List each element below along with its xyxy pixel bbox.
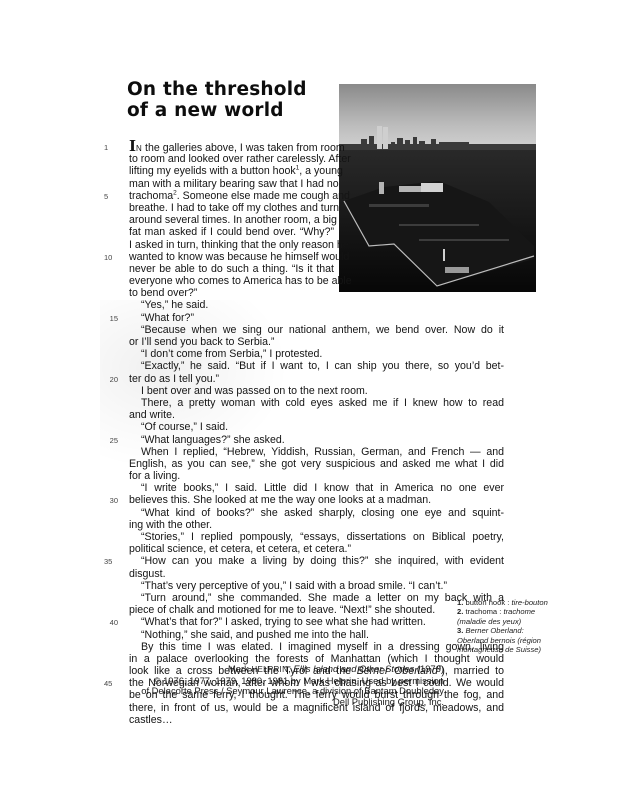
title-line-2: of a new world (127, 100, 337, 121)
line-text: “That’s very perceptive of you,” I said … (141, 580, 447, 592)
text-line: ing with the other. (129, 519, 504, 531)
line-text: to bend over?” (129, 287, 197, 299)
text-line: piece of chalk and motioned for me to le… (129, 604, 504, 616)
line-text: “Turn around,” she commanded. She made a… (141, 592, 504, 604)
line-text: castles… (129, 714, 173, 726)
text-line: political science, et cetera, et cetera,… (129, 543, 504, 555)
line-text: lifting my eyelids with a button hook (129, 165, 296, 177)
text-line: When I replied, “Hebrew, Yiddish, Russia… (129, 446, 504, 458)
text-line: English, as you can see,” she got very s… (129, 458, 504, 470)
line-text: “I don’t come from Serbia,” I protested. (141, 348, 322, 360)
line-text: piece of chalk and motioned for me to le… (129, 604, 435, 616)
line-number: 20 (104, 374, 118, 386)
line-text: fat man asked if I could bend over. “Why… (129, 226, 334, 238)
line-number: 30 (104, 495, 118, 507)
text-line: disgust. (129, 568, 504, 580)
text-line: I asked in turn, thinking that the only … (129, 239, 334, 251)
footnote-number: 3. (457, 626, 463, 635)
text-line: 30believes this. She looked at me the wa… (129, 494, 504, 506)
text-line: 25“What languages?” she asked. (129, 434, 504, 446)
line-text: “Stories,” I replied pompously, “essays,… (141, 531, 504, 543)
line-number: 15 (104, 313, 118, 325)
line-text: “Yes,” he said. (141, 299, 208, 311)
footnote-gloss: tire-bouton (512, 598, 548, 607)
line-text: man with a military bearing saw that I h… (129, 178, 339, 190)
credit-line-4: Dell Publishing Group, Inc. (140, 697, 444, 708)
text-line: to bend over?” (129, 287, 334, 299)
line-text: “What languages?” she asked. (141, 434, 285, 446)
line-number: 1 (104, 142, 118, 154)
line-text: By this time I was elated. I imagined my… (141, 641, 504, 653)
text-line-rest: the galleries above, I was taken from ro… (142, 142, 345, 154)
text-line: or I’ll send you back to Serbia.” (129, 336, 504, 348)
text-line: fat man asked if I could bend over. “Why… (129, 226, 334, 238)
line-text: never be able to do such a thing. “Is it… (129, 263, 334, 275)
footnote-1: 1. button hook : tire-bouton (457, 598, 557, 607)
line-text: There, a pretty woman with cold eyes ask… (141, 397, 504, 409)
text-line: 5trachoma2. Someone else made me cough a… (129, 190, 334, 202)
footnote-number: 2. (457, 607, 463, 616)
text-line: to room and looked over rather carelessl… (129, 153, 334, 165)
line-text: political science, et cetera, et cetera,… (129, 543, 351, 555)
text-line: never be able to do such a thing. “Is it… (129, 263, 334, 275)
line-text: believes this. She looked at me the way … (129, 494, 431, 506)
footnote-term: trachoma : (465, 607, 501, 616)
line-text: disgust. (129, 568, 166, 580)
line-text: ter do as I tell you.” (129, 373, 219, 385)
author-last-name: Helprin (251, 665, 288, 674)
text-line: breathe. I had to take off my clothes an… (129, 202, 334, 214)
text-line: lifting my eyelids with a button hook1, … (129, 165, 334, 177)
footnote-term: button hook : (465, 598, 509, 607)
text-line: I bent over and was passed on to the nex… (129, 385, 504, 397)
text-line: castles… (129, 714, 504, 726)
line-number: 25 (104, 435, 118, 447)
footnote-term: Berner Oberland: (465, 626, 523, 635)
text-line: “That’s very perceptive of you,” I said … (129, 580, 504, 592)
text-line: “Stories,” I replied pompously, “essays,… (129, 531, 504, 543)
title-line-1: On the threshold (127, 79, 337, 100)
line-text: “Nothing,” she said, and pushed me into … (141, 629, 369, 641)
footnotes: 1. button hook : tire-bouton 2. trachoma… (457, 598, 557, 654)
text-line: around several times. In another room, a… (129, 214, 334, 226)
text-line: “Turn around,” she commanded. She made a… (129, 592, 504, 604)
footnote-3: 3. Berner Oberland: Oberland bernois (ré… (457, 626, 557, 654)
line-text: “Because when we sing our national anthe… (141, 324, 504, 336)
line-text: . Someone else made me cough and (177, 190, 350, 202)
text-line: “What kind of books?” she asked sharply,… (129, 507, 504, 519)
text-line: “Nothing,” she said, and pushed me into … (129, 629, 504, 641)
line-number: 10 (104, 252, 118, 264)
text-line: 35“How can you make a living by doing th… (129, 555, 504, 567)
line-text: English, as you can see,” she got very s… (129, 458, 504, 470)
source-credit: Mark Helprin, Ellis Island and Other Sto… (140, 664, 444, 707)
line-text: around several times. In another room, a… (129, 214, 337, 226)
line-text: I bent over and was passed on to the nex… (141, 385, 368, 397)
line-text: trachoma (129, 190, 173, 202)
text-line: By this time I was elated. I imagined my… (129, 641, 504, 653)
text-line: “Yes,” he said. (129, 299, 334, 311)
line-text: or I’ll send you back to Serbia.” (129, 336, 274, 348)
text-line: “Of course,” I said. (129, 421, 504, 433)
text-line: man with a military bearing saw that I h… (129, 178, 334, 190)
work-title: Ellis Island and Other Stories (293, 663, 414, 674)
text-line: and write. (129, 409, 504, 421)
line-text: “What’s that for?” I asked, trying to se… (141, 616, 426, 628)
line-text: “What kind of books?” she asked sharply,… (141, 507, 504, 519)
text-line: 20ter do as I tell you.” (129, 373, 504, 385)
line-text: everyone who comes to America has to be … (129, 275, 352, 287)
line-text: breathe. I had to take off my clothes an… (129, 202, 339, 214)
line-text: for a living. (129, 470, 180, 482)
footnote-gloss: Oberland bernois (région montagneuse de … (457, 636, 541, 654)
line-number: 45 (104, 678, 118, 690)
text-line: everyone who comes to America has to be … (129, 275, 334, 287)
author-first-name: Mark (228, 663, 251, 674)
line-text: and write. (129, 409, 175, 421)
line-number: 35 (104, 556, 118, 568)
line-text: “Exactly,” he said. “But if I want to, I… (141, 360, 504, 372)
footnote-2: 2. trachoma : trachome (maladie des yeux… (457, 607, 557, 626)
line-text: “Of course,” I said. (141, 421, 228, 433)
text-line: “Because when we sing our national anthe… (129, 324, 504, 336)
line-text: to room and looked over rather carelessl… (129, 153, 351, 165)
article-body: 1 In the galleries above, I was taken fr… (129, 141, 504, 726)
text-line: There, a pretty woman with cold eyes ask… (129, 397, 504, 409)
line-text: ing with the other. (129, 519, 212, 531)
line-number: 40 (104, 617, 118, 629)
line-text: wanted to know was because he himself wo… (129, 251, 349, 263)
line-number: 5 (104, 191, 118, 203)
line-text: , a young (299, 165, 343, 177)
credit-line-1: Mark Helprin, Ellis Island and Other Sto… (140, 664, 444, 676)
text-line: 40“What’s that for?” I asked, trying to … (129, 616, 504, 628)
text-line: for a living. (129, 470, 504, 482)
text-line: “I don’t come from Serbia,” I protested. (129, 348, 504, 360)
page-title: On the threshold of a new world (127, 79, 337, 121)
line-text: “What for?” (141, 312, 194, 324)
line-text: ), married to (441, 665, 504, 677)
text-line: 1 In the galleries above, I was taken fr… (129, 141, 334, 153)
line-text: “How can you make a living by doing this… (141, 555, 504, 567)
line-text: When I replied, “Hebrew, Yiddish, Russia… (141, 446, 504, 458)
text-line: 15“What for?” (129, 312, 504, 324)
work-year: (1976) (414, 663, 444, 674)
text-line: “Exactly,” he said. “But if I want to, I… (129, 360, 504, 372)
text-line: 10wanted to know was because he himself … (129, 251, 334, 263)
line-text: I asked in turn, thinking that the only … (129, 239, 349, 251)
footnote-number: 1. (457, 598, 463, 607)
text-line: “I write books,” I said. Little did I kn… (129, 482, 504, 494)
line-text: “I write books,” I said. Little did I kn… (141, 482, 504, 494)
